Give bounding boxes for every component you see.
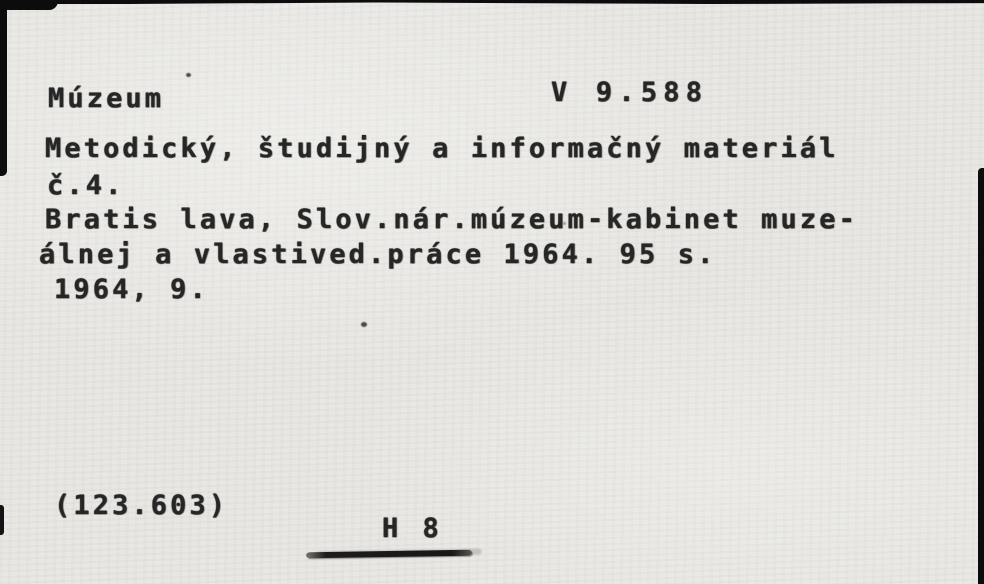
catalog-card-scan: Múzeum V 9.588 Metodický, študijný a inf… (0, 0, 984, 584)
ink-speck (563, 222, 566, 225)
ink-speck (186, 73, 191, 77)
scan-edge-left-mark (0, 505, 4, 535)
imprint-line-3: 1964, 9. (54, 276, 209, 303)
scan-edge-top (0, 0, 984, 4)
shelf-mark-underline (306, 550, 472, 559)
shelf-mark: H 8 (382, 515, 443, 542)
title-line-1: Metodický, študijný a informačný materiá… (45, 135, 839, 162)
title-line-2: č.4. (47, 172, 124, 199)
scan-edge-left (0, 0, 7, 176)
imprint-line-1: Bratis lava, Slov.nár.múzeum-kabinet muz… (45, 206, 858, 233)
ink-speck (361, 322, 367, 327)
imprint-line-2: álnej a vlastived.práce 1964. 95 s. (39, 241, 716, 268)
scan-edge-top-left (0, 0, 58, 10)
call-number: V 9.588 (551, 79, 708, 106)
scan-edge-right (978, 168, 984, 584)
accession-number: (123.603) (54, 492, 228, 519)
card-heading: Múzeum (48, 85, 164, 112)
